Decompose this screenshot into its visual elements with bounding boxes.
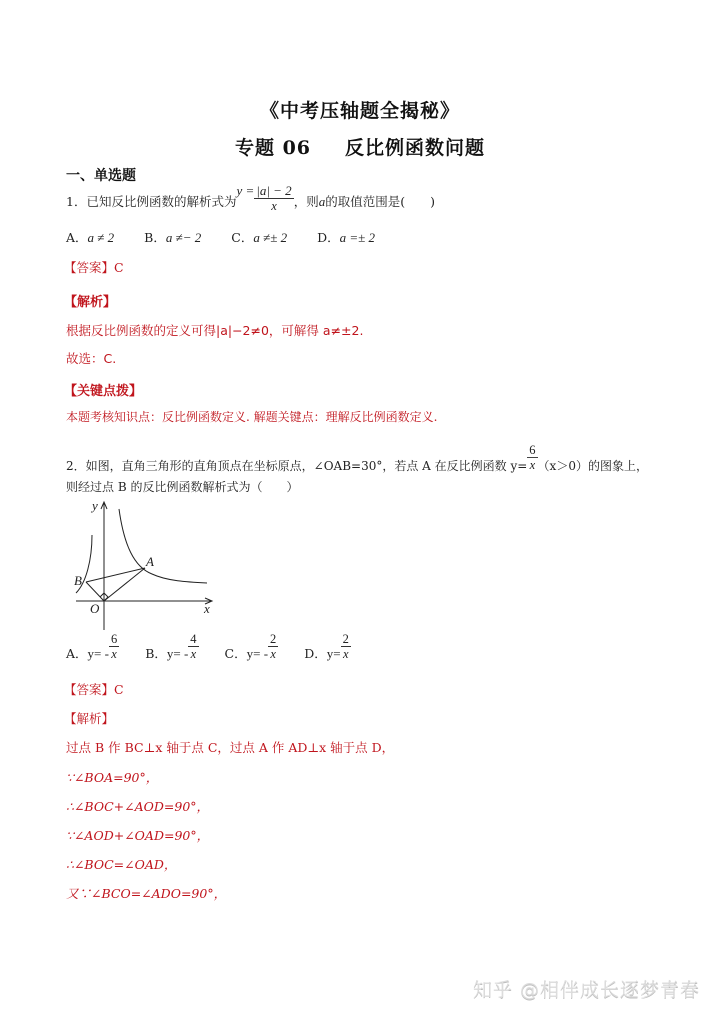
option-label: C． — [225, 646, 247, 661]
option-denominator: x — [188, 647, 198, 661]
q1-formula-numerator: |a| − 2 — [254, 184, 293, 199]
point-a-label: A — [145, 554, 154, 569]
option-value: a =± 2 — [340, 230, 375, 245]
q2-formula-fraction: 6x — [527, 443, 537, 472]
question-1-options: A．a ≠ 2 B．a ≠− 2 C．a ≠± 2 D．a =± 2 — [66, 228, 401, 246]
option-numerator: 2 — [341, 632, 351, 647]
q1-formula-denominator: x — [254, 199, 293, 213]
q2-answer: 【答案】C — [64, 680, 124, 698]
option-fraction: 2x — [268, 632, 278, 661]
q2-suffix: （x＞0）的图象上， — [538, 459, 648, 473]
question-2-stem-line-2: 则经过点 B 的反比例函数解析式为（ ） — [66, 478, 298, 495]
q1-answer: 【答案】C — [64, 258, 124, 276]
answer-label: 【答案】 — [64, 260, 114, 275]
q2-formula-denominator: x — [527, 458, 537, 472]
option-denominator: x — [109, 647, 119, 661]
q2-analysis-line: ∵∠AOD+∠OAD=90°， — [66, 826, 209, 844]
option-label: D． — [317, 230, 340, 245]
q1-formula-fraction: |a| − 2x — [254, 184, 293, 213]
topic-number: 专题 06 — [235, 137, 311, 159]
q1-analysis-line: 故选：C. — [66, 349, 116, 367]
q1-suffix-1: ，则 — [294, 194, 319, 209]
q1-keypoint-label: 【关键点拨】 — [64, 380, 142, 399]
q2-figure-graph: y x O A B — [62, 495, 222, 635]
option-fraction: 6x — [109, 632, 119, 661]
q2-formula-numerator: 6 — [527, 443, 537, 458]
question-2-stem-line-1: 2．如图，直角三角形的直角顶点在坐标原点，∠OAB=30°，若点 A 在反比例函… — [66, 452, 648, 481]
option-label: A． — [66, 230, 88, 245]
q1-analysis-label: 【解析】 — [64, 291, 116, 310]
option-label: C． — [231, 230, 253, 245]
topic-title: 反比例函数问题 — [345, 137, 485, 159]
zhihu-watermark: 知乎 @相伴成长逐梦青春 — [473, 975, 700, 1002]
q1-option-d[interactable]: D．a =± 2 — [317, 228, 375, 246]
q2-analysis-line: 过点 B 作 BC⊥x 轴于点 C，过点 A 作 AD⊥x 轴于点 D， — [66, 738, 394, 756]
q2-option-d[interactable]: D．y=2x — [304, 640, 351, 669]
q1-option-b[interactable]: B．a ≠− 2 — [144, 228, 201, 246]
book-title: 《中考压轴题全揭秘》 — [0, 96, 720, 123]
q2-analysis-line: ∴∠BOC+∠AOD=90°， — [66, 797, 209, 815]
q2-analysis-label: 【解析】 — [64, 709, 114, 727]
question-2-options: A．y= -6x B．y= -4x C．y= -2x D．y=2x — [66, 640, 377, 669]
option-denominator: x — [268, 647, 278, 661]
q1-formula-lhs: y = — [236, 183, 254, 198]
origin-label: O — [90, 601, 100, 616]
q2-option-c[interactable]: C．y= -2x — [225, 640, 279, 669]
option-prefix: y= - — [167, 646, 188, 661]
q1-suffix-2: 的取值范围是( ) — [325, 194, 435, 209]
option-value: a ≠− 2 — [166, 230, 201, 245]
q2-analysis-line: ∵∠BOA=90°， — [66, 768, 158, 786]
option-prefix: y= - — [88, 646, 109, 661]
option-label: A． — [66, 646, 88, 661]
q2-prefix: 2．如图，直角三角形的直角顶点在坐标原点，∠OAB=30°，若点 A 在反比例函… — [66, 459, 527, 473]
q2-option-a[interactable]: A．y= -6x — [66, 640, 119, 669]
q1-option-c[interactable]: C．a ≠± 2 — [231, 228, 287, 246]
point-b-label: B — [74, 573, 82, 588]
option-prefix: y= — [327, 646, 341, 661]
question-1-prefix: 1．已知反比例函数的解析式为 — [66, 194, 236, 209]
y-axis-label: y — [90, 498, 98, 513]
q2-option-b[interactable]: B．y= -4x — [145, 640, 198, 669]
section-title: 一、单选题 — [66, 165, 136, 185]
option-value: a ≠± 2 — [253, 230, 287, 245]
hyperbola-branch-first-quadrant — [119, 509, 207, 583]
option-numerator: 4 — [188, 632, 198, 647]
topic-heading: 专题 06反比例函数问题 — [0, 133, 720, 160]
segment-ob — [86, 582, 104, 601]
option-value: a ≠ 2 — [88, 230, 115, 245]
q1-option-a[interactable]: A．a ≠ 2 — [66, 228, 114, 246]
q1-keypoint-text: 本题考核知识点：反比例函数定义. 解题关键点：理解反比例函数定义. — [66, 408, 437, 425]
question-1-stem: 1．已知反比例函数的解析式为y =|a| − 2x，则a的取值范围是( ) — [66, 188, 435, 217]
q1-analysis-line: 根据反比例函数的定义可得|a|−2≠0，可解得 a≠±2. — [66, 321, 363, 339]
option-numerator: 2 — [268, 632, 278, 647]
answer-label: 【答案】 — [64, 682, 114, 697]
option-label: B． — [144, 230, 166, 245]
answer-value: C — [114, 682, 124, 697]
option-fraction: 2x — [341, 632, 351, 661]
answer-value: C — [114, 260, 124, 275]
q2-analysis-line: 又∵∠BCO=∠ADO=90°， — [66, 884, 226, 902]
option-label: D． — [304, 646, 327, 661]
option-denominator: x — [341, 647, 351, 661]
q2-analysis-line: ∴∠BOC=∠OAD， — [66, 855, 176, 873]
x-axis-label: x — [203, 601, 210, 616]
option-numerator: 6 — [109, 632, 119, 647]
option-fraction: 4x — [188, 632, 198, 661]
option-prefix: y= - — [247, 646, 268, 661]
option-label: B． — [145, 646, 167, 661]
